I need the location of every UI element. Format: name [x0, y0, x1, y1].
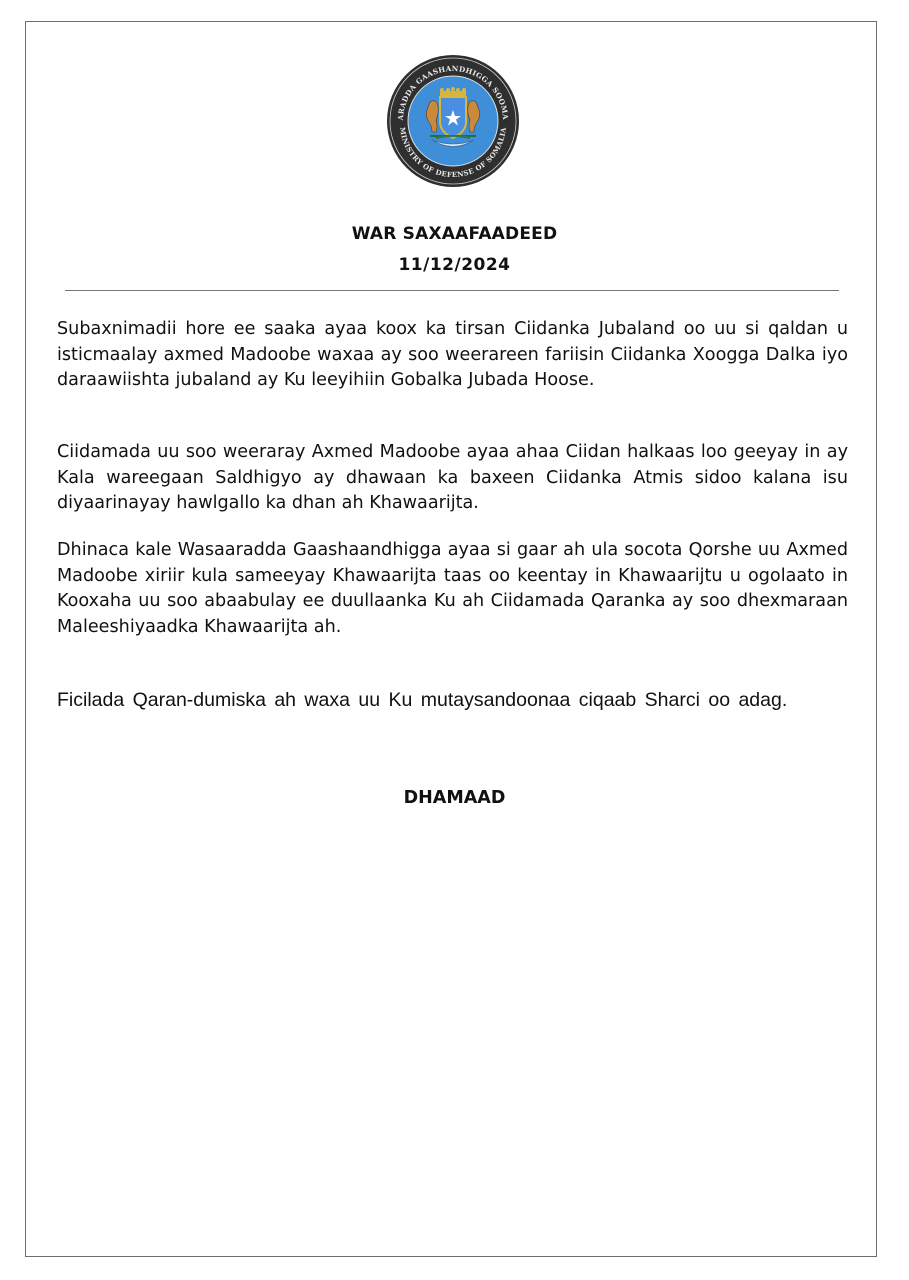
press-release-date: 11/12/2024 — [0, 255, 909, 275]
paragraph-2: Ciidamada uu soo weeraray Axmed Madoobe … — [57, 440, 848, 517]
header-divider — [65, 290, 839, 291]
press-release-title: WAR SAXAAFAADEED — [0, 224, 909, 244]
paragraph-3: Dhinaca kale Wasaaradda Gaashaandhigga a… — [57, 538, 848, 640]
paragraph-4: Ficilada Qaran-dumiska ah waxa uu Ku mut… — [57, 688, 848, 714]
ministry-seal-icon: WASAARADDA GAASHANDHIGGA SOOMAALIYA MINI… — [386, 54, 520, 188]
paragraph-1: Subaxnimadii hore ee saaka ayaa koox ka … — [57, 317, 848, 394]
closing-mark: DHAMAAD — [0, 788, 909, 808]
